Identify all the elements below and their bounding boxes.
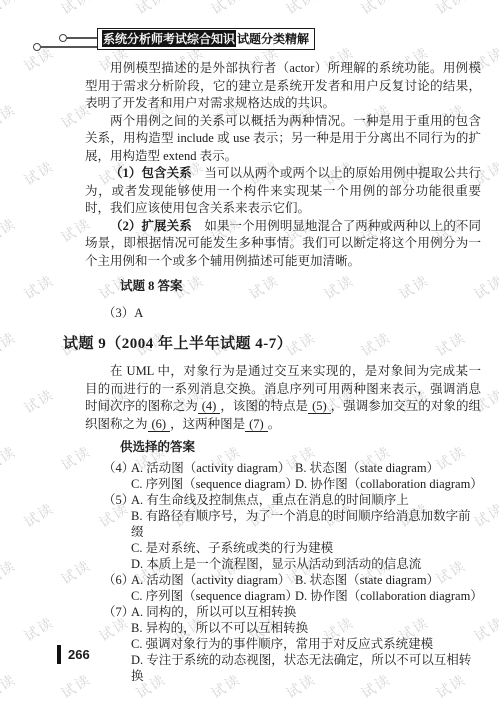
option-cell-c: C. 强调对象行为的事件顺序，常用于对反应式系统建模 xyxy=(131,636,481,652)
watermark-text: 试读 xyxy=(20,498,58,532)
blank-5: (5) xyxy=(308,399,331,414)
option-cell-b: B. 有路径有顺序号，为了一个消息的时间顺序给消息加数字前缀 xyxy=(131,508,481,540)
option-cell-a: A. 同构的，所以可以互相转换 xyxy=(131,604,481,620)
page-number: 266 xyxy=(68,647,90,662)
option-row: B. 有路径有顺序号，为了一个消息的时间顺序给消息加数字前缀 xyxy=(103,508,481,540)
option-row: B. 异构的，所以不可以互相转换 xyxy=(103,620,481,636)
option-number-spacer xyxy=(103,620,131,636)
option-row: D. 本质上是一个流程图，显示从活动到活动的信息流 xyxy=(103,556,481,572)
watermark-text: 试读 xyxy=(0,441,20,475)
intro-segment: ，这两种图是 xyxy=(170,417,245,431)
option-number-spacer xyxy=(103,540,131,556)
option-cell-c: C. 序列图（sequence diagram） xyxy=(131,588,295,604)
watermark-text: 试读 xyxy=(0,669,20,703)
header-circle-icon xyxy=(33,43,41,51)
option-cell-a: A. 有生命线及控制焦点，重点在消息的时间顺序上 xyxy=(131,492,481,508)
paragraph-use-case-relations: 两个用例之间的关系可以概括为两种情况。一种是用于重用的包含关系，用构造型 inc… xyxy=(85,113,481,166)
question8-answer: （3）A xyxy=(103,304,481,322)
option-cell-d: D. 协作图（collaboration diagram） xyxy=(295,476,481,492)
option-row: （6） A. 活动图（activity diagram） B. 状态图（stat… xyxy=(103,572,481,588)
answer-choices-heading: 供选择的答案 xyxy=(120,438,481,456)
blank-4: (4) xyxy=(198,399,221,414)
option-number-spacer xyxy=(103,476,131,492)
watermark-text: 试读 xyxy=(132,0,170,19)
paragraph-include-relation: （1）包含关系 当可以从两个或两个以上的原始用例中提取公共行为，或者发现能够使用… xyxy=(85,165,481,218)
option-number: （6） xyxy=(103,572,131,588)
watermark-text: 试读 xyxy=(0,555,20,589)
watermark-text: 试读 xyxy=(20,156,58,190)
option-number-spacer xyxy=(103,556,131,572)
watermark-text: 试读 xyxy=(20,612,58,646)
option-number-spacer xyxy=(103,508,131,540)
page-number-bar xyxy=(57,645,61,664)
paragraph-extend-relation: （2）扩展关系 如果一个用例明显地混合了两种或两种以上的不同场景，即根据情况可能… xyxy=(85,218,481,271)
watermark-text: 试读 xyxy=(20,270,58,304)
watermark-text: 试读 xyxy=(20,384,58,418)
watermark-text: 试读 xyxy=(282,0,320,19)
question8-answer-heading: 试题 8 答案 xyxy=(120,277,481,295)
option-number: （7） xyxy=(103,604,131,620)
include-relation-label: （1）包含关系 xyxy=(110,166,192,180)
option-row: （4） A. 活动图（activity diagram） B. 状态图（stat… xyxy=(103,460,481,476)
option-number: （4） xyxy=(103,460,131,476)
question9-intro-paragraph: 在 UML 中，对象行为是通过交互来实现的，是对象间为完成某一目的而进行的一系列… xyxy=(85,363,481,433)
watermark-text: 试读 xyxy=(0,0,20,19)
header-rule-line xyxy=(67,37,98,39)
option-number-spacer xyxy=(103,652,131,684)
answer-choices-list: （4） A. 活动图（activity diagram） B. 状态图（stat… xyxy=(103,460,481,684)
option-cell-b: B. 状态图（state diagram） xyxy=(295,572,481,588)
header-circle-icon xyxy=(59,34,67,42)
question9-title: 试题 9（2004 年上半年试题 4-7） xyxy=(63,333,481,355)
option-row: C. 序列图（sequence diagram） D. 协作图（collabor… xyxy=(103,588,481,604)
header-title-highlighted: 系统分析师考试综合知识 xyxy=(102,30,236,47)
watermark-text: 试读 xyxy=(207,0,245,19)
option-cell-c: C. 序列图（sequence diagram） xyxy=(131,476,295,492)
option-cell-b: B. 异构的，所以不可以互相转换 xyxy=(131,620,481,636)
watermark-text: 试读 xyxy=(57,0,95,19)
extend-relation-label: （2）扩展关系 xyxy=(110,219,192,233)
option-number: （5） xyxy=(103,492,131,508)
option-cell-a: A. 活动图（activity diagram） xyxy=(131,460,295,476)
chapter-header-badge: 系统分析师考试综合知识 试题分类精解 xyxy=(97,28,315,50)
option-number-spacer xyxy=(103,636,131,652)
blank-7: (7) xyxy=(245,417,268,432)
option-cell-d: D. 专注于系统的动态视图，状态无法确定，所以不可以互相转换 xyxy=(131,652,481,684)
paragraph-use-case-model: 用例模型描述的是外部执行者（actor）所理解的系统功能。用例模型用于需求分析阶… xyxy=(85,60,481,113)
watermark-text: 试读 xyxy=(0,213,20,247)
option-row: C. 是对系统、子系统或类的行为建模 xyxy=(103,540,481,556)
scanned-book-page: 试读试读试读试读试读试读试读试读试读试读试读试读试读试读试读试读试读试读试读试读… xyxy=(0,0,499,706)
option-number-spacer xyxy=(103,588,131,604)
option-cell-d: D. 协作图（collaboration diagram） xyxy=(295,588,481,604)
header-title-rest: 试题分类精解 xyxy=(236,30,309,47)
option-cell-c: C. 是对系统、子系统或类的行为建模 xyxy=(131,540,481,556)
page-footer: 266 xyxy=(57,645,90,664)
option-row: （5） A. 有生命线及控制焦点，重点在消息的时间顺序上 xyxy=(103,492,481,508)
option-cell-b: B. 状态图（state diagram） xyxy=(295,460,481,476)
option-row: D. 专注于系统的动态视图，状态无法确定，所以不可以互相转换 xyxy=(103,652,481,684)
watermark-text: 试读 xyxy=(432,0,470,19)
blank-6: (6) xyxy=(148,417,171,432)
watermark-text: 试读 xyxy=(0,327,20,361)
option-row: （7） A. 同构的，所以可以互相转换 xyxy=(103,604,481,620)
option-cell-a: A. 活动图（activity diagram） xyxy=(131,572,295,588)
header-rule-line xyxy=(41,46,98,48)
watermark-text: 试读 xyxy=(357,0,395,19)
option-cell-d: D. 本质上是一个流程图，显示从活动到活动的信息流 xyxy=(131,556,481,572)
option-row: C. 强调对象行为的事件顺序，常用于对反应式系统建模 xyxy=(103,636,481,652)
intro-segment: 。 xyxy=(268,417,281,431)
option-row: C. 序列图（sequence diagram） D. 协作图（collabor… xyxy=(103,476,481,492)
watermark-text: 试读 xyxy=(0,99,20,133)
intro-segment: ，该图的特点是 xyxy=(220,399,308,413)
page-body: 用例模型描述的是外部执行者（actor）所理解的系统功能。用例模型用于需求分析阶… xyxy=(85,60,481,684)
